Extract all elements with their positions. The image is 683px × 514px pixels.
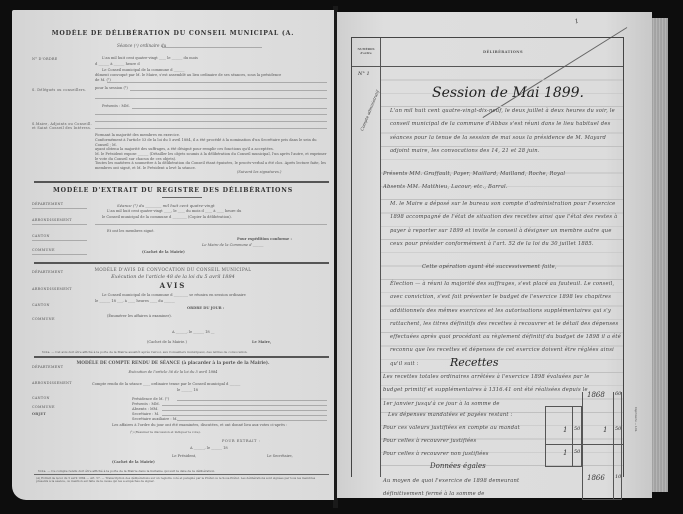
section-title-extrait: MODÈLE D'EXTRAIT DU REGISTRE DES DÉLIBÉR…: [12, 187, 334, 194]
edge-printer-stamp: Imprimerie — Lith.: [634, 407, 637, 432]
recettes-text: Les recettes totales ordinaires arrêtées…: [383, 371, 593, 411]
session-title: Session de Mai 1899.: [432, 85, 584, 101]
paragraph-operation: Cette opération ayant été successivement…: [422, 264, 557, 270]
folio-number: 1: [574, 18, 580, 26]
margin-note-number: N° 1: [358, 71, 370, 77]
margin-label: N° D'ORDRE: [32, 57, 57, 61]
left-page-printed-forms: MODÈLE DE DÉLIBÉRATION DU CONSEIL MUNICI…: [12, 10, 334, 500]
paragraph-compte: M. le Maire a déposé sur le bureau son c…: [390, 198, 622, 251]
column-header-deliberations: DÉLIBÉRATIONS: [381, 50, 625, 54]
amount-final: 1866: [587, 474, 605, 482]
margin-note-subject: Compte administratif: [359, 90, 380, 132]
margin-label: S.Maire, Adjoints ou Conseill. et Saint …: [32, 122, 92, 130]
paragraph-opening: L'an mil huit cent quatre-vingt-dix-neuf…: [390, 105, 622, 158]
amount-recettes: 1868: [587, 391, 605, 399]
presents-line: Présents MM. Gruffault, Payer, Maillard,…: [383, 171, 623, 177]
paragraph-reglement: Élection — à réuni la majorité des suffr…: [390, 278, 622, 371]
recettes-heading: Recettes: [450, 356, 498, 369]
right-page-handwritten-register: 1 NUMÉROS d'ordre DÉLIBÉRATIONS N° 1 Com…: [337, 12, 652, 498]
footnote-loi-1884: (A) Extrait de la loi du 5 avril 1884 — …: [36, 477, 328, 484]
amount-box-right: [582, 392, 622, 500]
section-title-deliberation: MODÈLE DE DÉLIBÉRATION DU CONSEIL MUNICI…: [12, 30, 334, 37]
column-header-numero: NUMÉROS d'ordre: [354, 47, 378, 55]
absents-line: Absents MM. Matthieu, Lacour, etc., Barr…: [383, 184, 623, 190]
stacked-page-edges: [652, 18, 668, 492]
margin-label: S. Délégués ou conseillers.: [32, 88, 92, 92]
amount-box-left: [545, 406, 582, 467]
seance-line: Séance (¹) ordinaire du: [117, 43, 166, 48]
